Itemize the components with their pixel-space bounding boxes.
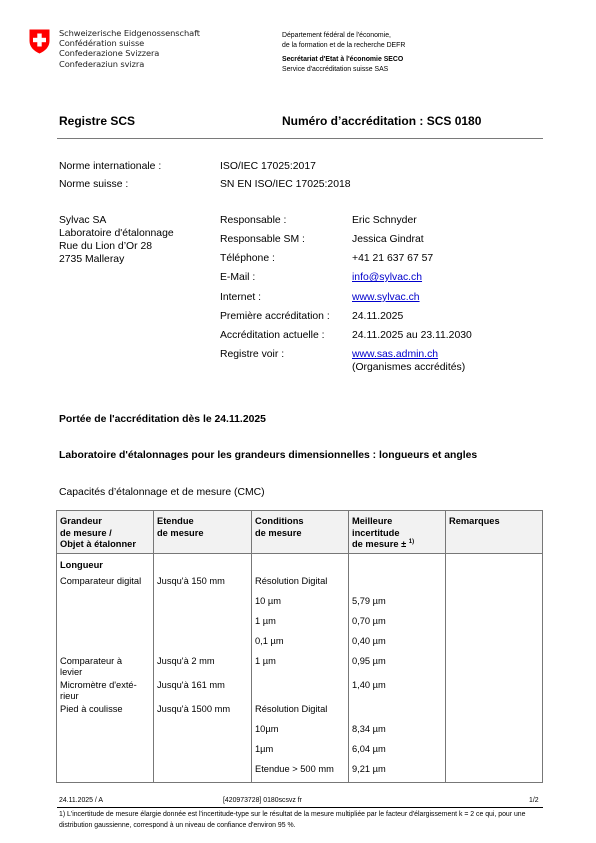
table-row: 10 µm5,79 µm — [57, 594, 543, 614]
telephone-label: Téléphone : — [220, 252, 275, 265]
laboratory-title: Laboratoire d'étalonnages pour les grand… — [59, 450, 477, 461]
cell-uncertainty: 9,21 µm — [349, 762, 446, 783]
cell-conditions: 1 µm — [252, 654, 349, 678]
table-row: Comparateur digitalJusqu'à 150 mmRésolut… — [57, 574, 543, 594]
table-row: Pied à coulisseJusqu'à 1500 mmRésolution… — [57, 702, 543, 722]
cell-quantity — [57, 614, 154, 634]
table-row: 1µm6,04 µm — [57, 742, 543, 762]
responsable-sm-label: Responsable SM : — [220, 233, 305, 246]
uncertainty-footnote: 1) L'incertitude de mesure élargie donné… — [59, 810, 545, 831]
cell-quantity — [57, 594, 154, 614]
table-row: Micromètre d'exté-rieurJusqu'à 161 mm1,4… — [57, 678, 543, 702]
table-row: 1 µm0,70 µm — [57, 614, 543, 634]
confederation-name-it: Confederazione Svizzera — [59, 48, 200, 58]
responsable-label: Responsable : — [220, 214, 286, 227]
sas-register-link[interactable]: www.sas.admin.ch — [352, 348, 438, 361]
table-row: 0,1 µm0,40 µm — [57, 634, 543, 654]
confederation-name-rm: Confederaziun svizra — [59, 59, 200, 69]
current-accreditation-value: 24.11.2025 au 23.11.2030 — [352, 329, 472, 342]
responsable-value: Eric Schnyder — [352, 214, 417, 227]
telephone-value: +41 21 637 67 57 — [352, 252, 433, 265]
standard-international-label: Norme internationale : — [59, 160, 161, 173]
footer-date-version: 24.11.2025 / A — [59, 797, 103, 804]
cell-conditions — [252, 678, 349, 702]
cell-range — [154, 762, 252, 783]
cell-uncertainty: 1,40 µm — [349, 678, 446, 702]
register-title: Registre SCS — [59, 114, 135, 128]
address-company: Sylvac SA — [59, 214, 106, 227]
register-see-label: Registre voir : — [220, 348, 284, 361]
cell-range — [154, 722, 252, 742]
website-link[interactable]: www.sylvac.ch — [352, 291, 420, 304]
cell-remarks — [446, 722, 543, 742]
cell-remarks — [446, 554, 543, 575]
cell-quantity — [57, 634, 154, 654]
email-link[interactable]: info@sylvac.ch — [352, 271, 422, 284]
cell-uncertainty: 0,40 µm — [349, 634, 446, 654]
cell-quantity — [57, 762, 154, 783]
cell-uncertainty — [349, 574, 446, 594]
table-row: Comparateur àlevierJusqu'à 2 mm1 µm0,95 … — [57, 654, 543, 678]
department-line: de la formation et de la recherche DEFR — [282, 41, 405, 51]
cell-conditions: Résolution Digital — [252, 702, 349, 722]
cell-quantity: Micromètre d'exté-rieur — [57, 678, 154, 702]
cell-quantity — [57, 742, 154, 762]
cell-uncertainty: 0,70 µm — [349, 614, 446, 634]
cell-range: Jusqu'à 2 mm — [154, 654, 252, 678]
table-header-row: Grandeur de mesure / Objet à étalonner E… — [57, 511, 543, 554]
title-divider — [57, 138, 543, 139]
standard-swiss-label: Norme suisse : — [59, 178, 128, 191]
cell-quantity: Pied à coulisse — [57, 702, 154, 722]
cell-range: Jusqu'à 1500 mm — [154, 702, 252, 722]
table-row: Etendue > 500 mm9,21 µm — [57, 762, 543, 783]
cell-range — [154, 594, 252, 614]
internet-label: Internet : — [220, 291, 261, 304]
cell-range — [154, 742, 252, 762]
scope-title: Portée de l'accréditation dès le 24.11.2… — [59, 414, 266, 425]
footer-document-ref: [420973728] 0180scsvz fr — [223, 797, 302, 804]
footer-page-number: 1/2 — [529, 797, 539, 804]
cell-uncertainty: 0,95 µm — [349, 654, 446, 678]
swiss-cross-shield-icon — [29, 29, 50, 54]
header-range: Etendue de mesure — [154, 511, 252, 554]
current-accreditation-label: Accréditation actuelle : — [220, 329, 325, 342]
table-row: Longueur — [57, 554, 543, 575]
address-street: Rue du Lion d’Or 28 — [59, 240, 152, 253]
standard-international-value: ISO/IEC 17025:2017 — [220, 160, 316, 173]
cell-conditions: 10 µm — [252, 594, 349, 614]
confederation-name-fr: Confédération suisse — [59, 38, 200, 48]
cell-uncertainty: 8,34 µm — [349, 722, 446, 742]
cell-uncertainty — [349, 554, 446, 575]
confederation-names: Schweizerische Eidgenossenschaft Confédé… — [59, 28, 200, 69]
cell-range: Jusqu'à 150 mm — [154, 574, 252, 594]
cell-remarks — [446, 678, 543, 702]
header-uncertainty: Meilleure incertitude de mesure ± 1) — [349, 511, 446, 554]
cell-quantity: Comparateur àlevier — [57, 654, 154, 678]
cell-conditions: Etendue > 500 mm — [252, 762, 349, 783]
cell-remarks — [446, 702, 543, 722]
header-quantity: Grandeur de mesure / Objet à étalonner — [57, 511, 154, 554]
first-accreditation-label: Première accréditation : — [220, 310, 330, 323]
standard-swiss-value: SN EN ISO/IEC 17025:2018 — [220, 178, 351, 191]
office-line: Secrétariat d'Etat à l'économie SECO — [282, 55, 405, 65]
cell-remarks — [446, 634, 543, 654]
footer-divider — [57, 807, 543, 808]
cell-range — [154, 614, 252, 634]
responsable-sm-value: Jessica Gindrat — [352, 233, 424, 246]
first-accreditation-value: 24.11.2025 — [352, 310, 403, 323]
cell-range — [154, 634, 252, 654]
cell-conditions: 0,1 µm — [252, 634, 349, 654]
header-remarks: Remarques — [446, 511, 543, 554]
cell-remarks — [446, 654, 543, 678]
cell-remarks — [446, 614, 543, 634]
cell-remarks — [446, 574, 543, 594]
register-note: (Organismes accrédités) — [352, 361, 465, 374]
cell-quantity: Comparateur digital — [57, 574, 154, 594]
header-conditions: Conditions de mesure — [252, 511, 349, 554]
cell-range — [154, 554, 252, 575]
department-line: Département fédéral de l'économie, — [282, 31, 405, 41]
cell-conditions: Résolution Digital — [252, 574, 349, 594]
cell-conditions: 10µm — [252, 722, 349, 742]
accreditation-number: Numéro d’accréditation : SCS 0180 — [282, 114, 481, 128]
cell-remarks — [446, 594, 543, 614]
table-row: 10µm8,34 µm — [57, 722, 543, 742]
cell-conditions: 1µm — [252, 742, 349, 762]
email-label: E-Mail : — [220, 271, 255, 284]
cell-uncertainty: 6,04 µm — [349, 742, 446, 762]
address-lab: Laboratoire d'étalonnage — [59, 227, 174, 240]
cmc-title: Capacités d’étalonnage et de mesure (CMC… — [59, 486, 265, 499]
cell-quantity: Longueur — [57, 554, 154, 575]
cell-uncertainty — [349, 702, 446, 722]
address-city: 2735 Malleray — [59, 253, 124, 266]
cell-range: Jusqu'à 161 mm — [154, 678, 252, 702]
department-block: Département fédéral de l'économie, de la… — [282, 31, 405, 75]
cell-remarks — [446, 762, 543, 783]
cell-conditions: 1 µm — [252, 614, 349, 634]
cell-quantity — [57, 722, 154, 742]
cell-remarks — [446, 742, 543, 762]
cell-uncertainty: 5,79 µm — [349, 594, 446, 614]
confederation-name-de: Schweizerische Eidgenossenschaft — [59, 28, 200, 38]
office-line: Service d'accréditation suisse SAS — [282, 65, 405, 75]
cell-conditions — [252, 554, 349, 575]
cmc-table: Grandeur de mesure / Objet à étalonner E… — [56, 510, 543, 783]
